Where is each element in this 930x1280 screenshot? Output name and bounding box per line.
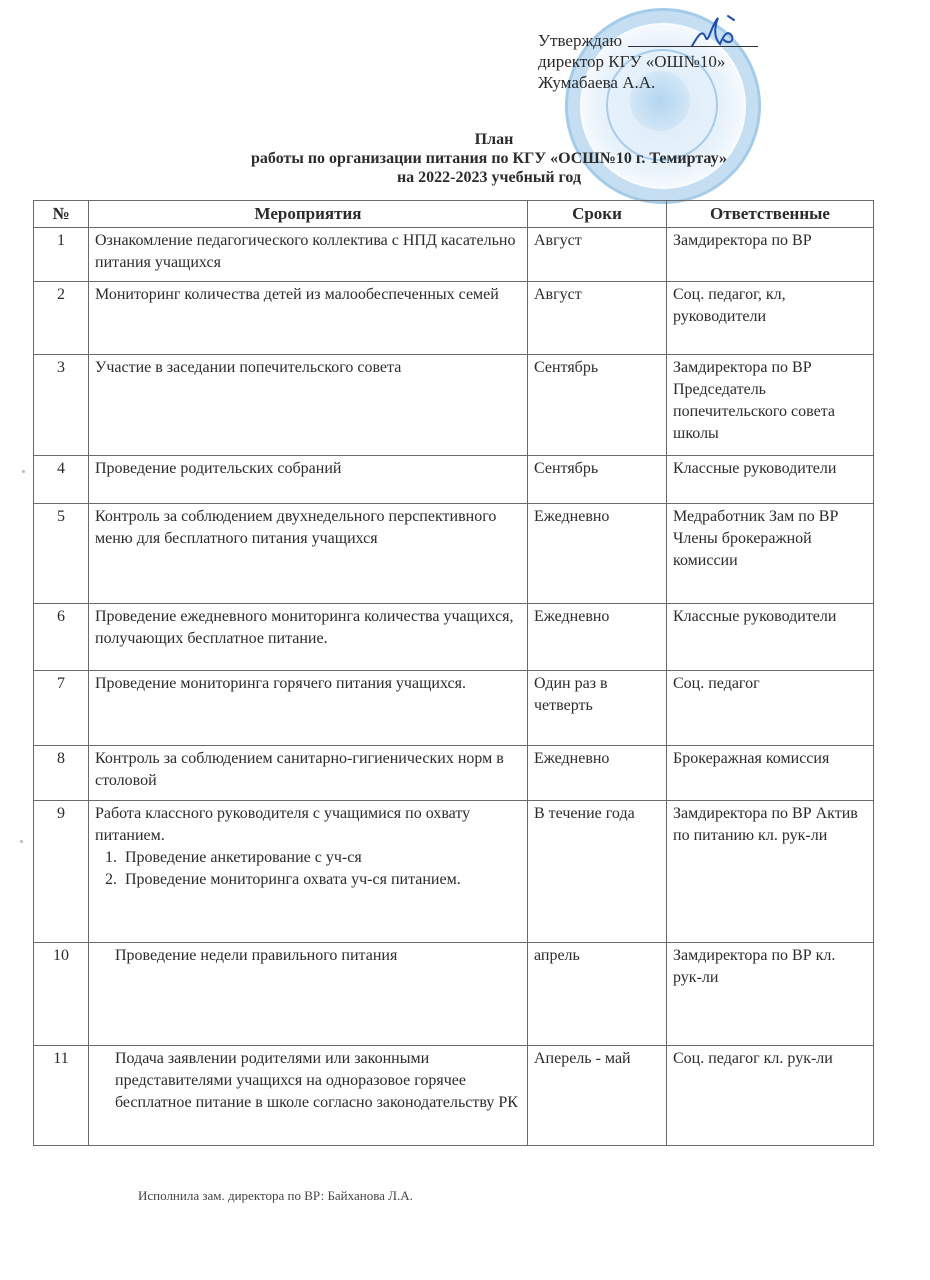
table-row: 4Проведение родительских собранийСентябр…: [34, 456, 874, 504]
activity-text: Мониторинг количества детей из малообесп…: [95, 284, 521, 306]
row-responsible: Соц. педагог кл. рук-ли: [667, 1046, 874, 1146]
table-header-row: № Мероприятия Сроки Ответственные: [34, 201, 874, 228]
table-row: 2Мониторинг количества детей из малообес…: [34, 282, 874, 355]
row-term: Сентябрь: [528, 355, 667, 456]
table-row: 3Участие в заседании попечительского сов…: [34, 355, 874, 456]
table-row: 5Контроль за соблюдением двухнедельного …: [34, 504, 874, 604]
row-responsible: Классные руководители: [667, 456, 874, 504]
row-activity: Участие в заседании попечительского сове…: [89, 355, 528, 456]
approver-position: директор КГУ «ОШ№10»: [538, 51, 758, 72]
document-title: План работы по организации питания по КГ…: [0, 130, 930, 187]
row-activity: Ознакомление педагогического коллектива …: [89, 228, 528, 282]
table-row: 9Работа классного руководителя с учащими…: [34, 801, 874, 943]
row-term: Август: [528, 282, 667, 355]
activity-text: Ознакомление педагогического коллектива …: [95, 230, 521, 274]
row-term: апрель: [528, 943, 667, 1046]
row-activity: Работа классного руководителя с учащимис…: [89, 801, 528, 943]
scan-artifact: [20, 840, 23, 843]
plan-table: № Мероприятия Сроки Ответственные 1Ознак…: [33, 200, 874, 1146]
row-term: Аперель - май: [528, 1046, 667, 1146]
row-number: 10: [34, 943, 89, 1046]
row-number: 1: [34, 228, 89, 282]
table-row: 8Контроль за соблюдением санитарно-гигие…: [34, 746, 874, 801]
row-responsible: Классные руководители: [667, 604, 874, 671]
activity-text: Проведение родительских собраний: [95, 458, 521, 480]
row-term: В течение года: [528, 801, 667, 943]
approve-label: Утверждаю: [538, 30, 622, 51]
row-number: 8: [34, 746, 89, 801]
table-row: 6Проведение ежедневного мониторинга коли…: [34, 604, 874, 671]
activity-text: Подача заявлении родителями или законным…: [115, 1048, 521, 1114]
row-number: 3: [34, 355, 89, 456]
row-responsible: Брокеражная комиссия: [667, 746, 874, 801]
row-activity: Проведение родительских собраний: [89, 456, 528, 504]
row-term: Ежедневно: [528, 504, 667, 604]
row-term: Один раз в четверть: [528, 671, 667, 746]
row-term: Август: [528, 228, 667, 282]
activity-subitem: Проведение мониторинга охвата уч-ся пита…: [121, 869, 521, 891]
title-line-3: на 2022-2023 учебный год: [0, 168, 930, 187]
activity-text: Проведение ежедневного мониторинга колич…: [95, 606, 521, 650]
row-number: 7: [34, 671, 89, 746]
row-responsible: Соц. педагог, кл, руководители: [667, 282, 874, 355]
title-line-1: План: [0, 130, 930, 149]
row-number: 11: [34, 1046, 89, 1146]
table-row: 11Подача заявлении родителями или законн…: [34, 1046, 874, 1146]
activity-text: Работа классного руководителя с учащимис…: [95, 803, 521, 847]
row-term: Сентябрь: [528, 456, 667, 504]
title-line-2: работы по организации питания по КГУ «ОС…: [0, 149, 930, 168]
activity-text: Участие в заседании попечительского сове…: [95, 357, 521, 379]
scan-artifact: [22, 470, 25, 473]
header-number: №: [34, 201, 89, 228]
executed-by-note: Исполнила зам. директора по ВР: Байханов…: [138, 1188, 413, 1204]
row-responsible: Замдиректора по ВР кл. рук-ли: [667, 943, 874, 1046]
header-activities: Мероприятия: [89, 201, 528, 228]
row-responsible: Замдиректора по ВР Актив по питанию кл. …: [667, 801, 874, 943]
row-activity: Проведение мониторинга горячего питания …: [89, 671, 528, 746]
row-term: Ежедневно: [528, 746, 667, 801]
table-row: 7Проведение мониторинга горячего питания…: [34, 671, 874, 746]
signature-line: [628, 46, 758, 47]
approval-block: Утверждаю директор КГУ «ОШ№10» Жумабаева…: [538, 30, 758, 93]
row-number: 2: [34, 282, 89, 355]
row-number: 4: [34, 456, 89, 504]
activity-text: Контроль за соблюдением санитарно-гигиен…: [95, 748, 521, 792]
row-responsible: Соц. педагог: [667, 671, 874, 746]
header-terms: Сроки: [528, 201, 667, 228]
activity-subitem: Проведение анкетирование с уч-ся: [121, 847, 521, 869]
row-responsible: Замдиректора по ВР: [667, 228, 874, 282]
row-number: 6: [34, 604, 89, 671]
row-activity: Мониторинг количества детей из малообесп…: [89, 282, 528, 355]
activity-text: Проведение недели правильного питания: [115, 945, 521, 967]
row-activity: Проведение ежедневного мониторинга колич…: [89, 604, 528, 671]
row-number: 9: [34, 801, 89, 943]
table-row: 10Проведение недели правильного питанияа…: [34, 943, 874, 1046]
approver-name: Жумабаева А.А.: [538, 72, 758, 93]
header-responsible: Ответственные: [667, 201, 874, 228]
activity-subitems: Проведение анкетирование с уч-сяПроведен…: [95, 847, 521, 891]
activity-text: Контроль за соблюдением двухнедельного п…: [95, 506, 521, 550]
row-responsible: Медработник Зам по ВР Члены брокеражной …: [667, 504, 874, 604]
row-activity: Проведение недели правильного питания: [89, 943, 528, 1046]
row-activity: Контроль за соблюдением санитарно-гигиен…: [89, 746, 528, 801]
row-number: 5: [34, 504, 89, 604]
activity-text: Проведение мониторинга горячего питания …: [95, 673, 521, 695]
row-responsible: Замдиректора по ВР Председатель попечите…: [667, 355, 874, 456]
row-term: Ежедневно: [528, 604, 667, 671]
row-activity: Контроль за соблюдением двухнедельного п…: [89, 504, 528, 604]
row-activity: Подача заявлении родителями или законным…: [89, 1046, 528, 1146]
table-row: 1Ознакомление педагогического коллектива…: [34, 228, 874, 282]
